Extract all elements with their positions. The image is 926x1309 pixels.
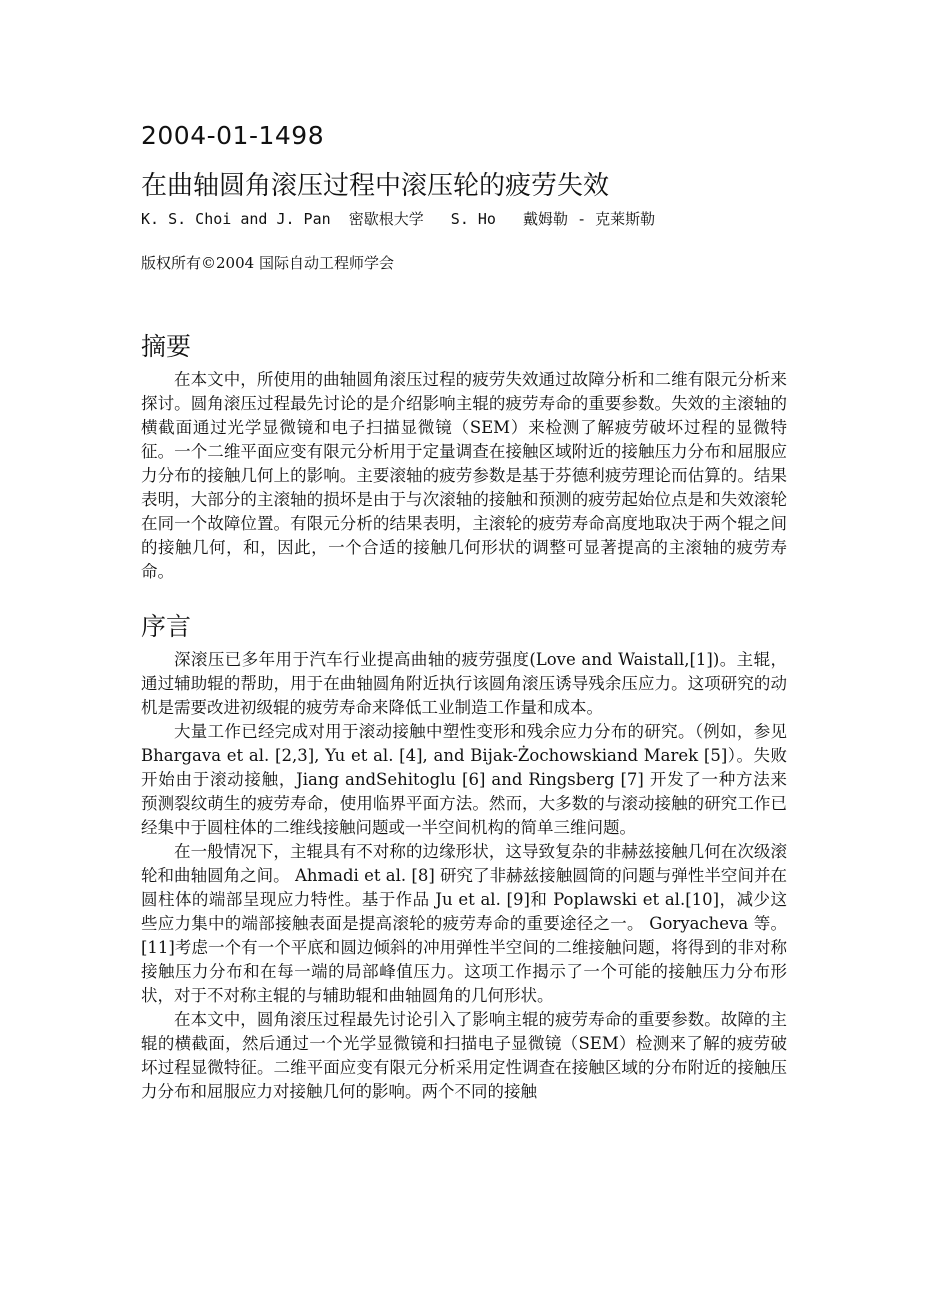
abstract-heading: 摘要: [141, 330, 787, 364]
paper-page: 2004-01-1498 在曲轴圆角滚压过程中滚压轮的疲劳失效 K. S. Ch…: [141, 118, 787, 1104]
intro-paragraph-3: 在一般情况下，主辊具有不对称的边缘形状，这导致复杂的非赫兹接触几何在次级滚轮和曲…: [141, 840, 787, 1008]
introduction-heading: 序言: [141, 610, 787, 644]
intro-paragraph-4: 在本文中，圆角滚压过程最先讨论引入了影响主辊的疲劳寿命的重要参数。故障的主辊的横…: [141, 1008, 787, 1104]
paper-title: 在曲轴圆角滚压过程中滚压轮的疲劳失效: [141, 168, 787, 204]
intro-paragraph-2: 大量工作已经完成对用于滚动接触中塑性变形和残余应力分布的研究。（例如，参见 Bh…: [141, 720, 787, 840]
intro-paragraph-1: 深滚压已多年用于汽车行业提高曲轴的疲劳强度(Love and Waistall,…: [141, 648, 787, 720]
copyright-notice: 版权所有©2004 国际自动工程师学会: [141, 252, 787, 274]
paper-id: 2004-01-1498: [141, 118, 787, 154]
authors-line: K. S. Choi and J. Pan 密歇根大学 S. Ho 戴姆勒 - …: [141, 208, 787, 230]
abstract-paragraph: 在本文中，所使用的曲轴圆角滚压过程的疲劳失效通过故障分析和二维有限元分析来探讨。…: [141, 368, 787, 584]
